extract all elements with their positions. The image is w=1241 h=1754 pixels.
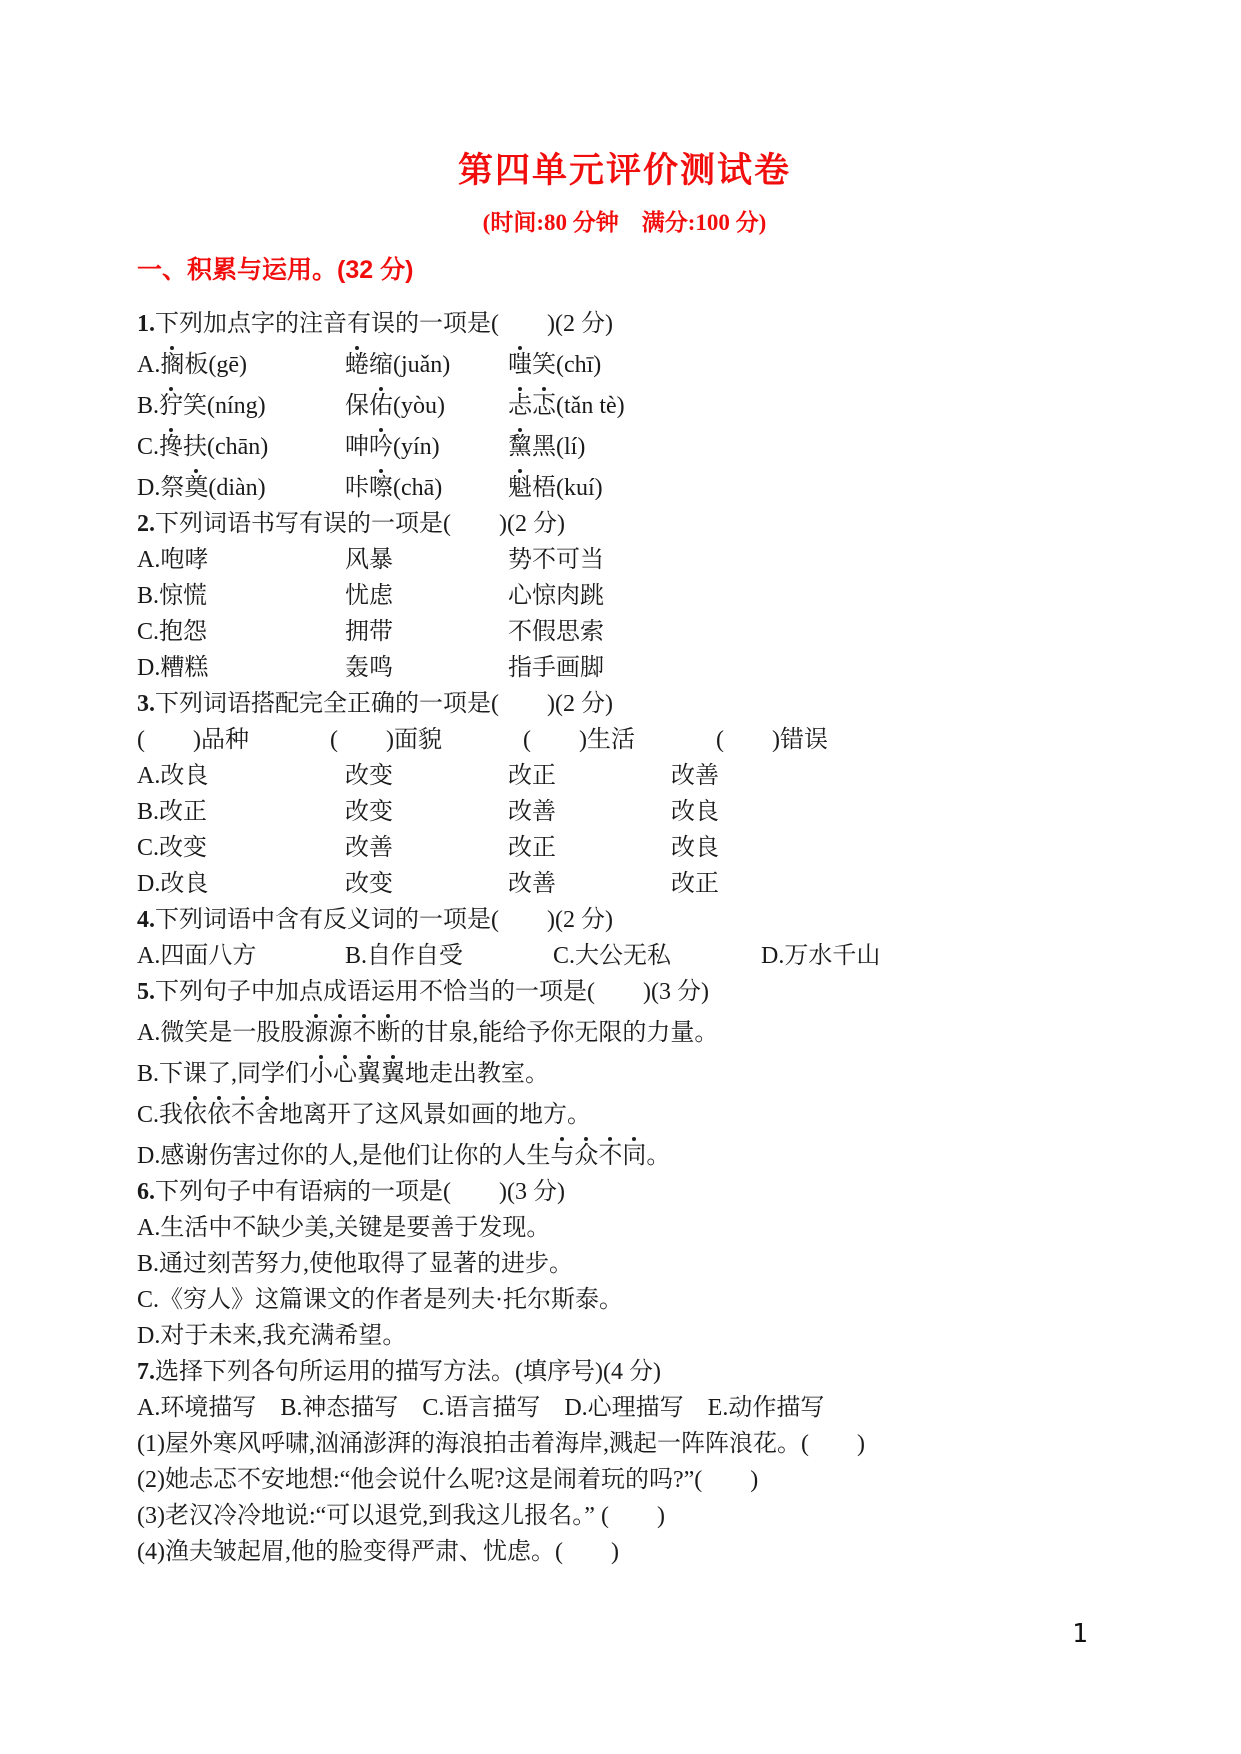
question-3-text: 下列词语搭配完全正确的一项是( )(2 分) — [155, 691, 613, 717]
option-cell: 风暴 — [345, 542, 508, 578]
exam-subtitle: (时间:80 分钟 满分:100 分) — [137, 206, 1112, 240]
option-cell: C.大公无私 — [553, 938, 761, 974]
question-7-item-4: (4)渔夫皱起眉,他的脸变得严肃、忧虑。( ) — [137, 1534, 1112, 1570]
dotted-char: 嗤 — [508, 352, 532, 378]
question-5-option-d: D.感谢伤害过你的人,是他们让你的人生与众不同。 — [137, 1133, 1112, 1174]
question-1-text: 下列加点字的注音有误的一项是( )(2 分) — [155, 311, 613, 337]
text-segment: 呻 — [345, 434, 369, 460]
option-cell: 不假思索 — [508, 614, 604, 650]
option-cell: D.糟糕 — [137, 650, 345, 686]
dotted-char: 忑 — [532, 393, 556, 419]
question-2-option-b: B.惊慌忧虑心惊肉跳 — [137, 578, 1112, 614]
text-segment: (yín) — [393, 434, 440, 460]
option-cell: D.祭奠(diàn) — [137, 470, 345, 506]
text-segment: C.我 — [137, 1102, 183, 1128]
page-title: 第四单元评价测试卷 — [137, 150, 1112, 192]
dotted-word: 魁 — [508, 475, 532, 501]
question-4-title: 4.下列词语中含有反义词的一项是( )(2 分) — [137, 902, 1112, 938]
question-5-option-a: A.微笑是一股股源源不断的甘泉,能给予你无限的力量。 — [137, 1010, 1112, 1051]
option-cell: B.狞笑(níng) — [137, 388, 345, 424]
question-1-number: 1. — [137, 311, 155, 337]
option-cell: A.四面八方 — [137, 938, 345, 974]
question-4: 4.下列词语中含有反义词的一项是( )(2 分) A.四面八方B.自作自受C.大… — [137, 902, 1112, 974]
dotted-char: 黧 — [508, 434, 532, 460]
option-cell: 拥带 — [345, 614, 508, 650]
dotted-char: 不 — [352, 1020, 376, 1046]
question-4-number: 4. — [137, 907, 155, 933]
dotted-char: 蜷 — [345, 352, 369, 378]
question-7-title: 7.选择下列各句所运用的描写方法。(填序号)(4 分) — [137, 1354, 1112, 1390]
text-segment: (diàn) — [208, 475, 265, 501]
option-cell: D.改良 — [137, 866, 345, 902]
question-7-number: 7. — [137, 1359, 155, 1385]
question-3: 3.下列词语搭配完全正确的一项是( )(2 分) ( )品种( )面貌( )生活… — [137, 686, 1112, 902]
text-segment: (yòu) — [393, 393, 445, 419]
text-segment: B. — [137, 393, 159, 419]
answer-blank: ( )面貌 — [330, 722, 523, 758]
question-1: 1.下列加点字的注音有误的一项是( )(2 分) A.搁板(gē)蜷缩(juǎn… — [137, 306, 1112, 506]
text-segment: (tǎn tè) — [556, 393, 625, 419]
dotted-char: 众 — [574, 1143, 598, 1169]
option-cell: 魁梧(kuí) — [508, 470, 603, 506]
option-cell: 嗤笑(chī) — [508, 347, 601, 383]
text-segment: 黑(lí) — [532, 434, 585, 460]
exam-page: 第四单元评价测试卷 (时间:80 分钟 满分:100 分) 一、积累与运用。(3… — [0, 0, 1241, 1754]
text-segment: 缩(juǎn) — [369, 352, 450, 378]
question-3-option-b: B.改正改变改善改良 — [137, 794, 1112, 830]
question-5-option-b: B.下课了,同学们小心翼翼地走出教室。 — [137, 1051, 1112, 1092]
question-7-text: 选择下列各句所运用的描写方法。(填序号)(4 分) — [155, 1359, 661, 1385]
question-6: 6.下列句子中有语病的一项是( )(3 分) A.生活中不缺少美,关键是要善于发… — [137, 1174, 1112, 1354]
dotted-char: 小 — [309, 1061, 333, 1087]
option-cell: 改善 — [508, 866, 671, 902]
option-cell: 改善 — [345, 830, 508, 866]
question-7-choices: A.环境描写 B.神态描写 C.语言描写 D.心理描写 E.动作描写 — [137, 1390, 1112, 1426]
answer-blank: ( )品种 — [137, 722, 330, 758]
dotted-word: 搁 — [160, 352, 184, 378]
text-segment: (chā) — [393, 475, 442, 501]
question-5-text: 下列句子中加点成语运用不恰当的一项是( )(3 分) — [155, 979, 709, 1005]
text-segment: 咔 — [345, 475, 369, 501]
dotted-char: 狞 — [159, 393, 183, 419]
question-6-option-c: C.《穷人》这篇课文的作者是列夫·托尔斯泰。 — [137, 1282, 1112, 1318]
dotted-char: 佑 — [369, 393, 393, 419]
text-segment: C. — [137, 434, 159, 460]
question-3-option-c: C.改变改善改正改良 — [137, 830, 1112, 866]
answer-blank: ( )生活 — [523, 722, 716, 758]
dotted-word: 蜷 — [345, 352, 369, 378]
question-2-option-a: A.咆哮风暴势不可当 — [137, 542, 1112, 578]
dotted-char: 依 — [207, 1102, 231, 1128]
text-segment: D.祭 — [137, 475, 184, 501]
dotted-char: 嚓 — [369, 475, 393, 501]
question-2-title: 2.下列词语书写有误的一项是( )(2 分) — [137, 506, 1112, 542]
answer-blank: ( )错误 — [716, 722, 828, 758]
question-2-text: 下列词语书写有误的一项是( )(2 分) — [155, 511, 565, 537]
option-cell: 改善 — [671, 758, 719, 794]
dotted-word: 搀 — [159, 434, 183, 460]
dotted-word: 依依不舍 — [183, 1102, 279, 1128]
option-cell: 势不可当 — [508, 542, 604, 578]
option-cell: C.搀扶(chān) — [137, 429, 345, 465]
page-number: 1 — [1072, 1618, 1088, 1650]
dotted-word: 小心翼翼 — [309, 1061, 405, 1087]
dotted-char: 源 — [328, 1020, 352, 1046]
dotted-word: 佑 — [369, 393, 393, 419]
dotted-char: 吟 — [369, 434, 393, 460]
question-5-option-c: C.我依依不舍地离开了这风景如画的地方。 — [137, 1092, 1112, 1133]
question-7-item-2: (2)她忐忑不安地想:“他会说什么呢?这是闹着玩的吗?”( ) — [137, 1462, 1112, 1498]
dotted-char: 魁 — [508, 475, 532, 501]
option-cell: 忐忑(tǎn tè) — [508, 388, 625, 424]
dotted-char: 依 — [183, 1102, 207, 1128]
text-segment: 。 — [646, 1143, 670, 1169]
dotted-word: 嚓 — [369, 475, 393, 501]
dotted-word: 忐忑 — [508, 393, 556, 419]
question-3-number: 3. — [137, 691, 155, 717]
section-heading: 一、积累与运用。(32 分) — [137, 248, 1112, 292]
dotted-char: 翼 — [357, 1061, 381, 1087]
text-segment: A.微笑是一股股 — [137, 1020, 304, 1046]
option-cell: C.抱怨 — [137, 614, 345, 650]
option-cell: C.改变 — [137, 830, 345, 866]
text-segment: B.下课了,同学们 — [137, 1061, 309, 1087]
option-cell: 指手画脚 — [508, 650, 604, 686]
question-1-option-b: B.狞笑(níng)保佑(yòu)忐忑(tǎn tè) — [137, 383, 1112, 424]
question-6-title: 6.下列句子中有语病的一项是( )(3 分) — [137, 1174, 1112, 1210]
text-segment: 地走出教室。 — [405, 1061, 549, 1087]
option-cell: 保佑(yòu) — [345, 388, 508, 424]
option-cell: 改正 — [508, 758, 671, 794]
dotted-word: 与众不同 — [550, 1143, 646, 1169]
option-cell: 忧虑 — [345, 578, 508, 614]
dotted-word: 狞 — [159, 393, 183, 419]
text-segment: D.感谢伤害过你的人,是他们让你的人生 — [137, 1143, 550, 1169]
question-6-option-b: B.通过刻苦努力,使他取得了显著的进步。 — [137, 1246, 1112, 1282]
dotted-char: 搀 — [159, 434, 183, 460]
dotted-char: 同 — [622, 1143, 646, 1169]
dotted-char: 源 — [304, 1020, 328, 1046]
question-6-option-a: A.生活中不缺少美,关键是要善于发现。 — [137, 1210, 1112, 1246]
option-cell: B.惊慌 — [137, 578, 345, 614]
question-1-title: 1.下列加点字的注音有误的一项是( )(2 分) — [137, 306, 1112, 342]
question-1-option-d: D.祭奠(diàn)咔嚓(chā)魁梧(kuí) — [137, 465, 1112, 506]
dotted-char: 不 — [598, 1143, 622, 1169]
question-7-item-1: (1)屋外寒风呼啸,汹涌澎湃的海浪拍击着海岸,溅起一阵阵浪花。( ) — [137, 1426, 1112, 1462]
dotted-word: 源源不断 — [304, 1020, 400, 1046]
dotted-word: 黧 — [508, 434, 532, 460]
question-5-title: 5.下列句子中加点成语运用不恰当的一项是( )(3 分) — [137, 974, 1112, 1010]
option-cell: 改变 — [345, 794, 508, 830]
text-segment: 板(gē) — [184, 352, 247, 378]
question-5-number: 5. — [137, 979, 155, 1005]
option-cell: 黧黑(lí) — [508, 429, 585, 465]
question-4-options: A.四面八方B.自作自受C.大公无私D.万水千山 — [137, 938, 1112, 974]
option-cell: 改正 — [671, 866, 719, 902]
dotted-word: 吟 — [369, 434, 393, 460]
option-cell: 改善 — [508, 794, 671, 830]
dotted-char: 舍 — [255, 1102, 279, 1128]
text-segment: 笑(níng) — [183, 393, 266, 419]
question-6-number: 6. — [137, 1179, 155, 1205]
option-cell: A.咆哮 — [137, 542, 345, 578]
question-2-option-c: C.抱怨拥带不假思索 — [137, 614, 1112, 650]
option-cell: 改变 — [345, 866, 508, 902]
question-2-number: 2. — [137, 511, 155, 537]
question-7-item-3: (3)老汉冷冷地说:“可以退党,到我这儿报名。” ( ) — [137, 1498, 1112, 1534]
question-5: 5.下列句子中加点成语运用不恰当的一项是( )(3 分) A.微笑是一股股源源不… — [137, 974, 1112, 1174]
dotted-char: 不 — [231, 1102, 255, 1128]
question-3-option-a: A.改良改变改正改善 — [137, 758, 1112, 794]
text-segment: 笑(chī) — [532, 352, 601, 378]
exam-content: 第四单元评价测试卷 (时间:80 分钟 满分:100 分) 一、积累与运用。(3… — [137, 150, 1112, 1570]
question-6-option-d: D.对于未来,我充满希望。 — [137, 1318, 1112, 1354]
option-cell: A.改良 — [137, 758, 345, 794]
option-cell: A.搁板(gē) — [137, 347, 345, 383]
dotted-char: 与 — [550, 1143, 574, 1169]
option-cell: 蜷缩(juǎn) — [345, 347, 508, 383]
dotted-word: 嗤 — [508, 352, 532, 378]
question-3-title: 3.下列词语搭配完全正确的一项是( )(2 分) — [137, 686, 1112, 722]
text-segment: 保 — [345, 393, 369, 419]
option-cell: 改良 — [671, 794, 719, 830]
question-2: 2.下列词语书写有误的一项是( )(2 分) A.咆哮风暴势不可当 B.惊慌忧虑… — [137, 506, 1112, 686]
option-cell: D.万水千山 — [761, 938, 880, 974]
option-cell: 改变 — [345, 758, 508, 794]
dotted-char: 搁 — [160, 352, 184, 378]
question-3-blanks: ( )品种( )面貌( )生活( )错误 — [137, 722, 1112, 758]
text-segment: 的甘泉,能给予你无限的力量。 — [400, 1020, 718, 1046]
option-cell: B.自作自受 — [345, 938, 553, 974]
question-3-option-d: D.改良改变改善改正 — [137, 866, 1112, 902]
question-6-text: 下列句子中有语病的一项是( )(3 分) — [155, 1179, 565, 1205]
option-cell: B.改正 — [137, 794, 345, 830]
question-1-option-c: C.搀扶(chān)呻吟(yín)黧黑(lí) — [137, 424, 1112, 465]
question-7: 7.选择下列各句所运用的描写方法。(填序号)(4 分) A.环境描写 B.神态描… — [137, 1354, 1112, 1570]
text-segment: 地离开了这风景如画的地方。 — [279, 1102, 591, 1128]
option-cell: 改良 — [671, 830, 719, 866]
option-cell: 轰鸣 — [345, 650, 508, 686]
option-cell: 呻吟(yín) — [345, 429, 508, 465]
text-segment: 扶(chān) — [183, 434, 268, 460]
option-cell: 咔嚓(chā) — [345, 470, 508, 506]
text-segment: 梧(kuí) — [532, 475, 603, 501]
question-2-option-d: D.糟糕轰鸣指手画脚 — [137, 650, 1112, 686]
dotted-word: 奠 — [184, 475, 208, 501]
dotted-char: 断 — [376, 1020, 400, 1046]
text-segment: A. — [137, 352, 160, 378]
dotted-char: 忐 — [508, 393, 532, 419]
question-1-option-a: A.搁板(gē)蜷缩(juǎn)嗤笑(chī) — [137, 342, 1112, 383]
option-cell: 心惊肉跳 — [508, 578, 604, 614]
dotted-char: 心 — [333, 1061, 357, 1087]
option-cell: 改正 — [508, 830, 671, 866]
dotted-char: 翼 — [381, 1061, 405, 1087]
dotted-char: 奠 — [184, 475, 208, 501]
question-4-text: 下列词语中含有反义词的一项是( )(2 分) — [155, 907, 613, 933]
